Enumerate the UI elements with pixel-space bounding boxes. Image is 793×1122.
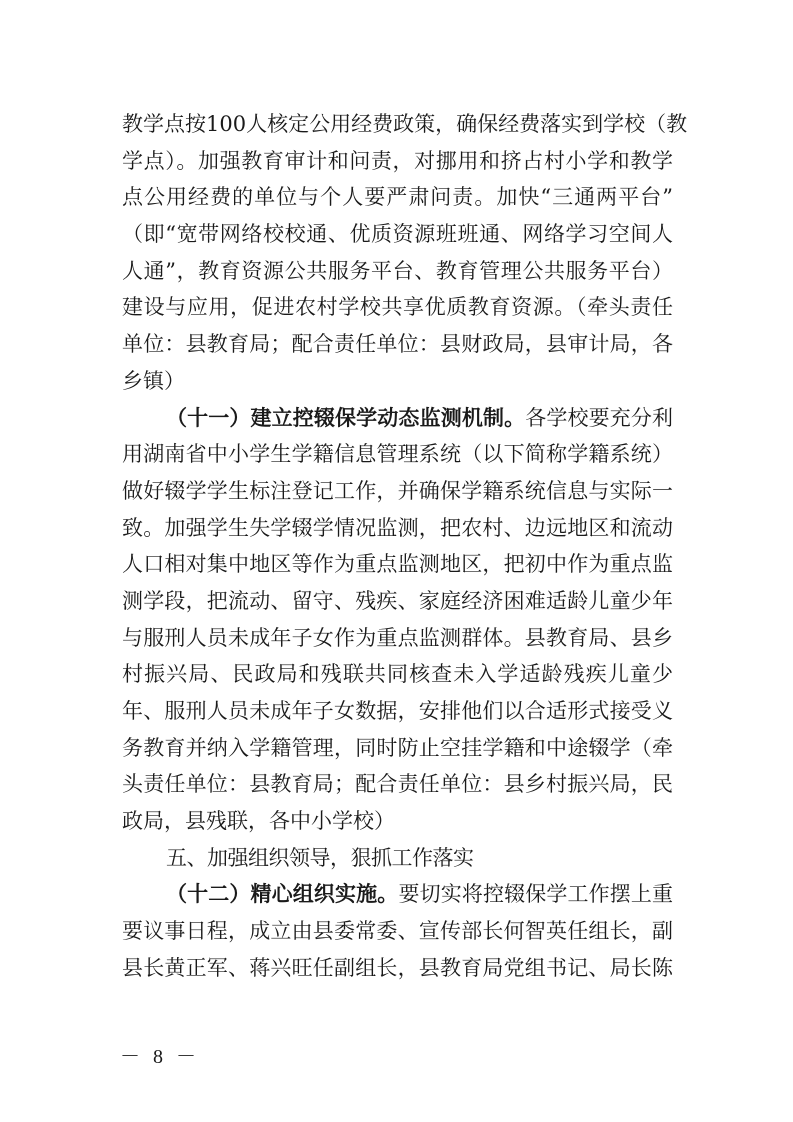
paragraph-line: 教学点按100人核定公用经费政策，确保经费落实到学校（教 (122, 106, 673, 143)
paragraph-line: 县长黄正军、蒋兴旺任副组长，县教育局党组书记、局长陈 (122, 950, 673, 987)
paragraph-line: 乡镇） (122, 363, 673, 400)
paragraph-line: 头责任单位：县教育局；配合责任单位：县乡村振兴局，民 (122, 766, 673, 803)
section-12-text: 要切实将控辍保学工作摆上重 (398, 882, 673, 906)
paragraph-line: 做好辍学学生标注登记工作，并确保学籍系统信息与实际一 (122, 473, 673, 510)
section-11-text: 各学校要充分利 (525, 406, 673, 430)
paragraph-line: 年、服刑人员未成年子女数据，安排他们以合适形式接受义 (122, 693, 673, 730)
paragraph-line: 与服刑人员未成年子女作为重点监测群体。县教育局、县乡 (122, 620, 673, 657)
paragraph-line: 人通”，教育资源公共服务平台、教育管理公共服务平台） (122, 253, 673, 290)
paragraph-line: 点公用经费的单位与个人要严肃问责。加快“三通两平台” (122, 179, 673, 216)
page-number: － 8 － (120, 1040, 200, 1069)
section-11-heading: （十一）建立控辍保学动态监测机制。 (166, 405, 525, 430)
paragraph-line: 政局，县残联，各中小学校） (122, 803, 673, 840)
paragraph-line: 用湖南省中小学生学籍信息管理系统（以下简称学籍系统） (122, 436, 673, 473)
paragraph-line: 人口相对集中地区等作为重点监测地区，把初中作为重点监 (122, 546, 673, 583)
paragraph-line: 学点）。加强教育审计和问责，对挪用和挤占村小学和教学 (122, 143, 673, 180)
section-12-first-line: （十二）精心组织实施。要切实将控辍保学工作摆上重 (122, 876, 673, 913)
paragraph-line: 建设与应用，促进农村学校共享优质教育资源。（牵头责任 (122, 289, 673, 326)
paragraph-line: 致。加强学生失学辍学情况监测，把农村、边远地区和流动 (122, 510, 673, 547)
section-5-heading: 五、加强组织领导，狠抓工作落实 (122, 840, 673, 877)
paragraph-line: 单位：县教育局；配合责任单位：县财政局，县审计局，各 (122, 326, 673, 363)
section-11-first-line: （十一）建立控辍保学动态监测机制。各学校要充分利 (122, 400, 673, 437)
section-12-heading: （十二）精心组织实施。 (166, 881, 398, 906)
document-page: 教学点按100人核定公用经费政策，确保经费落实到学校（教 学点）。加强教育审计和… (0, 0, 793, 1122)
paragraph-line: 务教育并纳入学籍管理，同时防止空挂学籍和中途辍学（牵 (122, 730, 673, 767)
paragraph-line: 村振兴局、民政局和残联共同核查未入学适龄残疾儿童少 (122, 656, 673, 693)
paragraph-line: 要议事日程，成立由县委常委、宣传部长何智英任组长，副 (122, 913, 673, 950)
paragraph-line: 测学段，把流动、留守、残疾、家庭经济困难适龄儿童少年 (122, 583, 673, 620)
document-body: 教学点按100人核定公用经费政策，确保经费落实到学校（教 学点）。加强教育审计和… (122, 106, 673, 987)
paragraph-line: （即“宽带网络校校通、优质资源班班通、网络学习空间人 (122, 216, 673, 253)
